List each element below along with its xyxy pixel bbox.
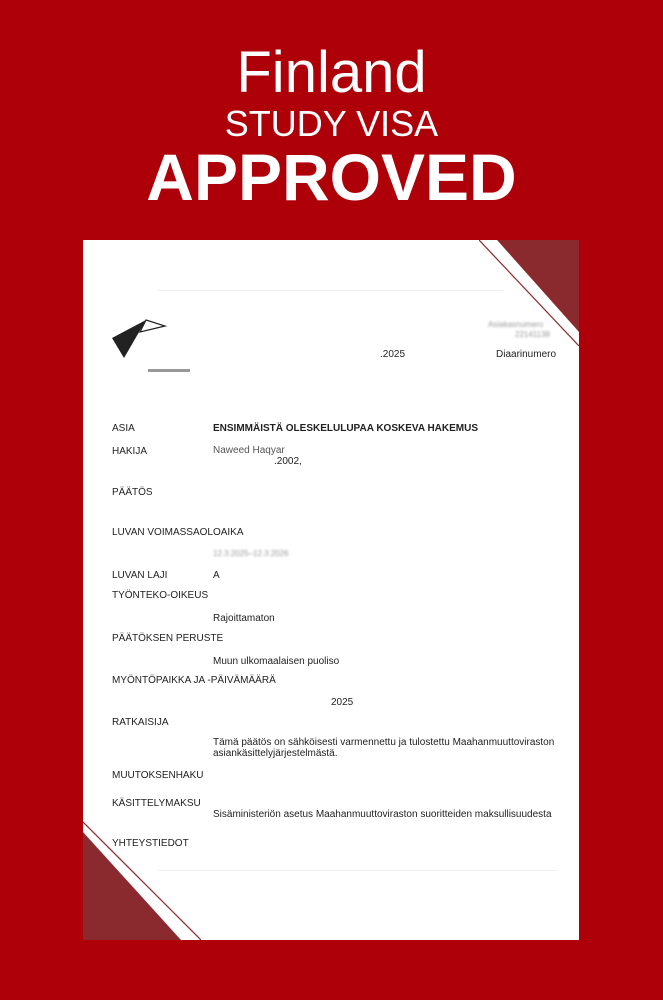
diary-number-label: Diaarinumero	[496, 349, 556, 360]
hakija-label: HAKIJA	[112, 446, 147, 457]
asia-label: ASIA	[112, 423, 135, 434]
decision-maker-line1: Tämä päätös on sähköisesti varmennettu j…	[213, 737, 554, 748]
banner-subtitle: STUDY VISA	[0, 104, 663, 144]
work-right-value: Rajoittamaton	[213, 613, 275, 624]
permit-type-label: LUVAN LAJI	[112, 570, 167, 581]
issue-place-date-label: MYÖNTÖPAIKKA JA -PÄIVÄMÄÄRÄ	[112, 675, 276, 686]
paatos-label: PÄÄTÖS	[112, 487, 153, 498]
fee-label: KÄSITTELYMAKSU	[112, 798, 201, 809]
divider-top	[158, 290, 503, 291]
decision-basis-value: Muun ulkomaalaisen puoliso	[213, 656, 339, 667]
decision-maker-line2: asiankäsittelyjärjestelmästä.	[213, 748, 338, 759]
banner-status: APPROVED	[0, 140, 663, 214]
decision-basis-label: PÄÄTÖKSEN PERUSTE	[112, 633, 223, 644]
logo-underline	[148, 369, 190, 372]
decision-document: Asiakasnumero 22141138 .2025 Diaarinumer…	[83, 240, 579, 940]
permit-type-value: A	[213, 570, 220, 581]
appeal-label: MUUTOKSENHAKU	[112, 770, 204, 781]
divider-bottom	[158, 870, 558, 871]
case-number-value: 22141138	[515, 330, 550, 339]
decision-maker-label: RATKAISIJA	[112, 717, 169, 728]
issue-year: 2025	[331, 697, 353, 708]
contact-label: YHTEYSTIEDOT	[112, 838, 189, 849]
case-number-label: Asiakasnumero	[488, 320, 543, 329]
validity-label: LUVAN VOIMASSAOLOAIKA	[112, 527, 244, 538]
applicant-birthdate: .2002,	[274, 456, 302, 467]
fee-value: Sisäministeriön asetus Maahanmuuttoviras…	[213, 809, 552, 820]
asia-value: ENSIMMÄISTÄ OLESKELULUPAA KOSKEVA HAKEMU…	[213, 423, 478, 434]
migri-logo-icon	[110, 318, 168, 360]
work-right-label: TYÖNTEKO-OIKEUS	[112, 590, 208, 601]
document-date: .2025	[380, 349, 405, 360]
applicant-name: Naweed Haqyar	[213, 445, 285, 456]
banner-country: Finland	[0, 40, 663, 106]
validity-value: 12.3.2025–12.3.2026	[213, 549, 289, 558]
